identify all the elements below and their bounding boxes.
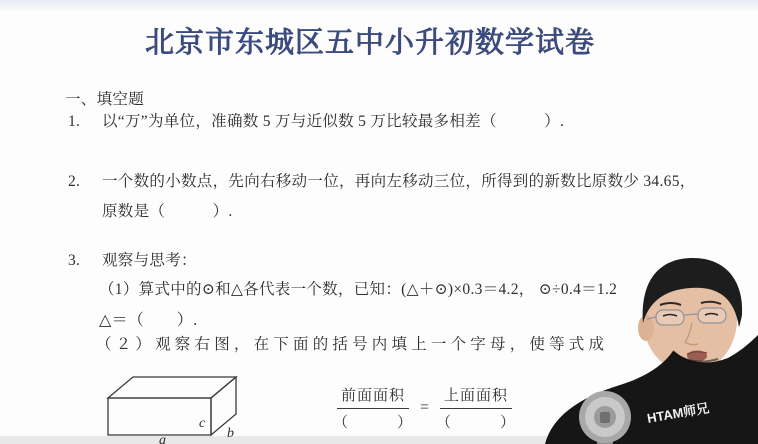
edge-label-b: b bbox=[227, 426, 234, 441]
ear bbox=[638, 315, 654, 341]
question-2: 2.一个数的小数点，先向右移动一位，再向左移动三位，所得到的新数比原数少 34.… bbox=[68, 169, 696, 191]
cuboid-front-face bbox=[108, 398, 211, 435]
page-title: 北京市东城区五中小升初数学试卷 bbox=[0, 20, 740, 61]
question-1: 1.以“万”为单位，准确数 5 万与近似数 5 万比较最多相差（ ）. bbox=[68, 109, 564, 131]
right-fraction-denominator: （ ） bbox=[436, 409, 516, 432]
lecture-video-frame: 北京市东城区五中小升初数学试卷 一、填空题 1.以“万”为单位，准确数 5 万与… bbox=[0, 0, 758, 444]
teacher-webcam-overlay: HTAM师兄 bbox=[540, 245, 758, 444]
question-3-part1-blank: △＝（ ）. bbox=[99, 307, 197, 330]
mic-capsule bbox=[600, 412, 610, 423]
right-fraction: 上面面积 （ ） bbox=[436, 384, 516, 432]
left-fraction: 前面面积 （ ） bbox=[333, 384, 413, 432]
cuboid-top-face bbox=[108, 377, 236, 398]
question-3-part2: （２）观察右图，在下面的括号内填上一个字母，使等式成 bbox=[96, 332, 608, 354]
section-header: 一、填空题 bbox=[65, 87, 144, 109]
cuboid-figure: c b a bbox=[103, 373, 253, 444]
cuboid-drawing: c b a bbox=[103, 373, 253, 444]
teacher-portrait: HTAM师兄 bbox=[540, 245, 758, 444]
edge-label-c: c bbox=[199, 416, 206, 431]
question-3: 3.观察与思考： bbox=[68, 248, 197, 270]
left-fraction-numerator: 前面面积 bbox=[337, 384, 409, 409]
left-fraction-denominator: （ ） bbox=[333, 409, 413, 432]
area-ratio-equation: 前面面积 （ ） = 上面面积 （ ） bbox=[333, 384, 516, 432]
question-2-text-line2: 原数是（ ）. bbox=[102, 199, 233, 221]
question-3-title: 观察与思考： bbox=[102, 252, 197, 269]
question-1-number: 1. bbox=[68, 113, 102, 131]
top-edge-shade bbox=[0, 0, 758, 14]
edge-label-a: a bbox=[159, 433, 166, 444]
question-3-number: 3. bbox=[68, 252, 102, 270]
question-2-text-line1: 一个数的小数点，先向右移动一位，再向左移动三位，所得到的新数比原数少 34.65… bbox=[102, 173, 696, 190]
equals-sign: = bbox=[419, 399, 430, 417]
question-2-number: 2. bbox=[68, 173, 102, 191]
right-fraction-numerator: 上面面积 bbox=[440, 384, 512, 409]
question-1-text: 以“万”为单位，准确数 5 万与近似数 5 万比较最多相差（ ）. bbox=[102, 113, 564, 130]
